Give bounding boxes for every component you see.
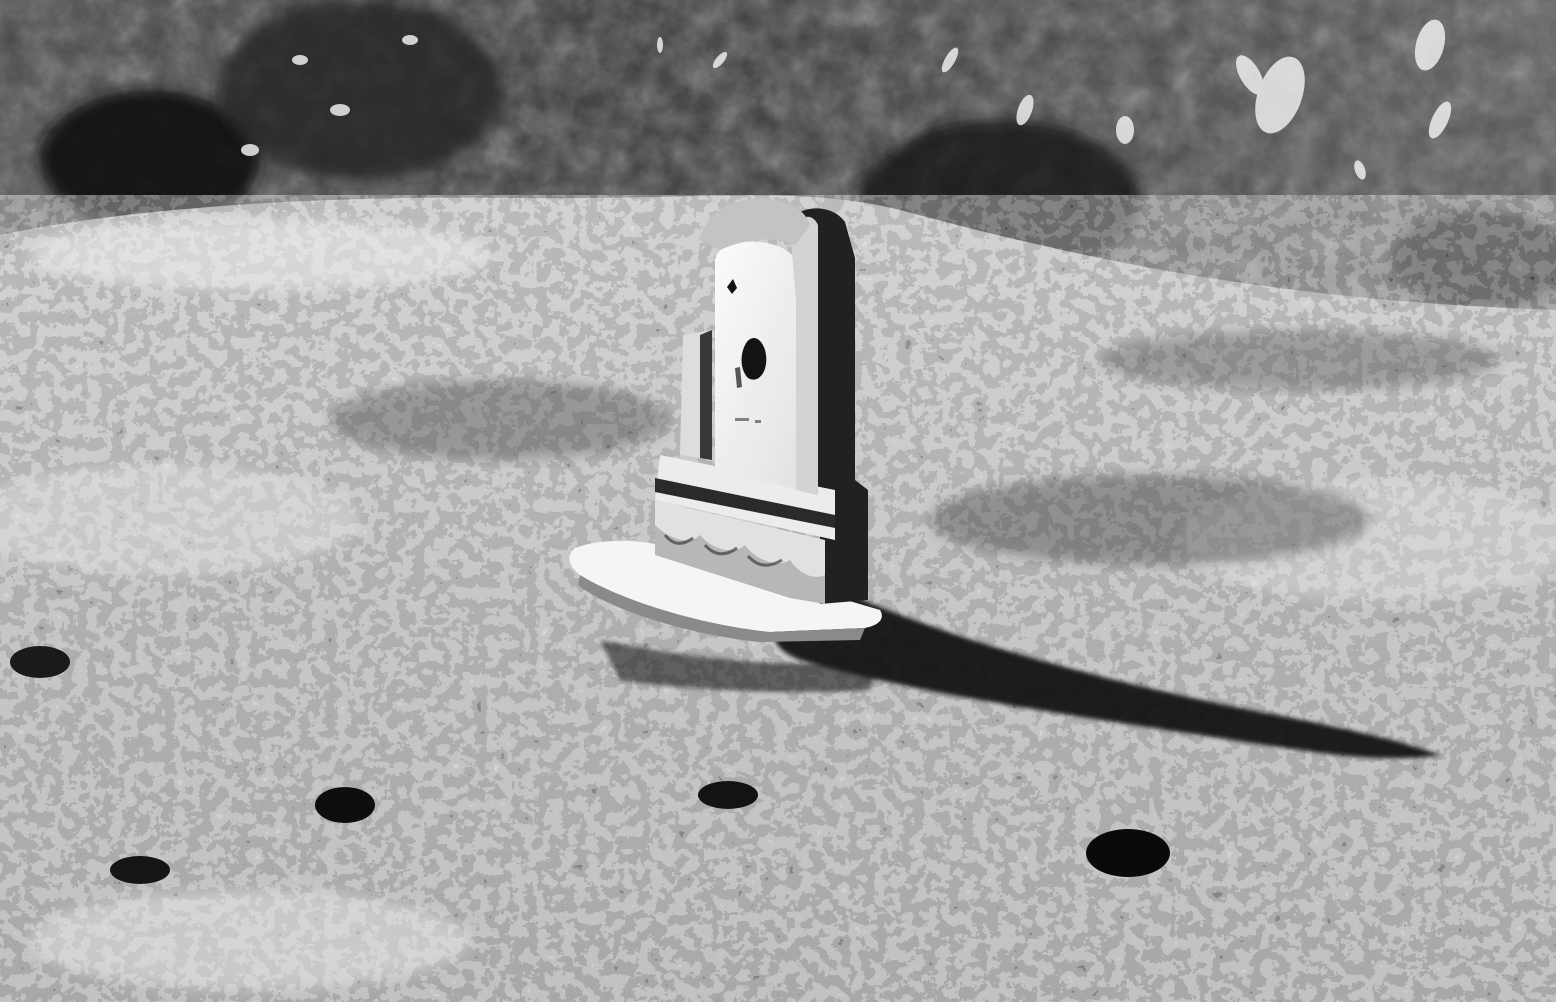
photograph: Black-and-white photograph of a single w… xyxy=(0,0,1556,1002)
scene-svg xyxy=(0,0,1556,1002)
